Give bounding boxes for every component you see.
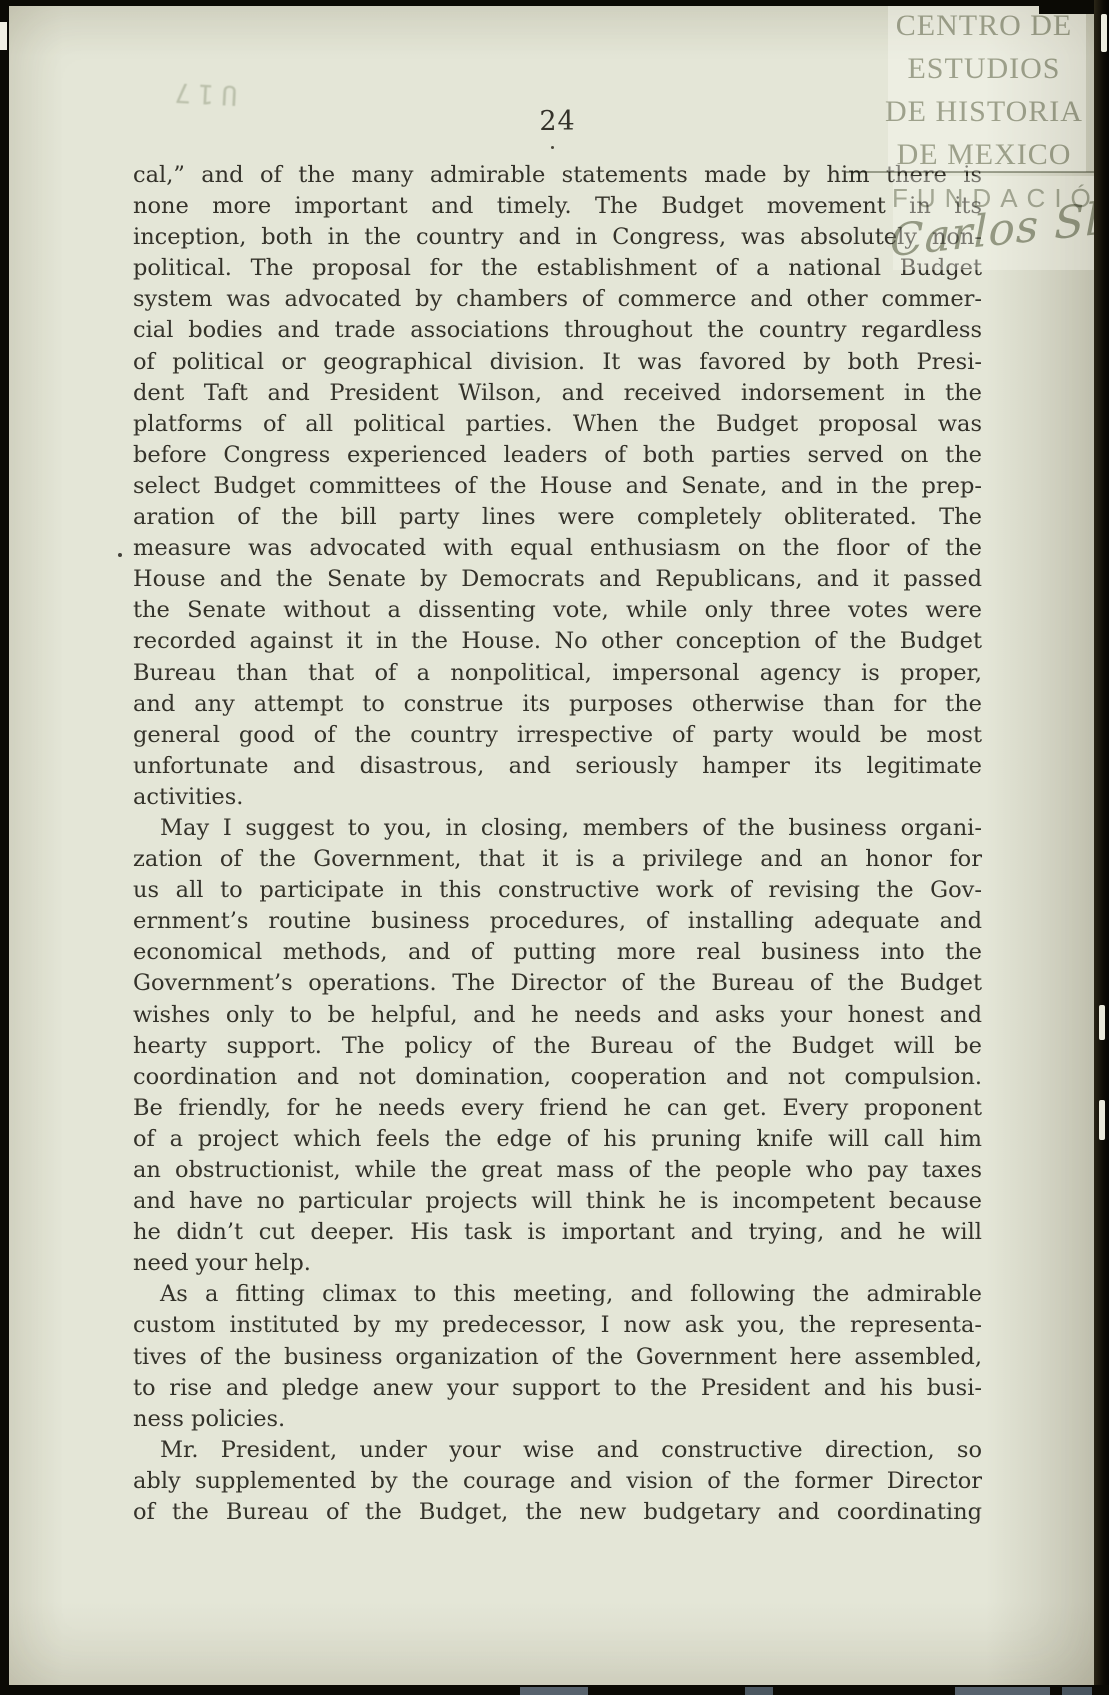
text-line: Government’s operations. The Director of… <box>133 968 982 999</box>
paragraph: May I suggest to you, in closing, member… <box>133 813 982 1279</box>
text-line: of the Bureau of the Budget, the new bud… <box>133 1497 982 1528</box>
text-line: zation of the Government, that it is a p… <box>133 844 982 875</box>
text-line: Bureau than that of a nonpolitical, impe… <box>133 658 982 689</box>
text-line: before Congress experienced leaders of b… <box>133 440 982 471</box>
paragraph: cal,” and of the many admirable statemen… <box>133 160 982 813</box>
text-line: none more important and timely. The Budg… <box>133 191 982 222</box>
text-line: an obstructionist, while the great mass … <box>133 1155 982 1186</box>
page-edge-sliver <box>1101 14 1107 52</box>
margin-ink-dot <box>118 553 122 557</box>
text-line: measure was advocated with equal enthusi… <box>133 533 982 564</box>
text-line: tives of the business organization of th… <box>133 1342 982 1373</box>
text-line: coordination and not domination, coopera… <box>133 1062 982 1093</box>
scan-edge-notch <box>0 22 7 50</box>
page-edge-sliver <box>1099 1100 1105 1140</box>
text-line: May I suggest to you, in closing, member… <box>133 813 982 844</box>
page-number: 24 <box>133 106 982 137</box>
text-line: dent Taft and President Wilson, and rece… <box>133 378 982 409</box>
text-line: House and the Senate by Democrats and Re… <box>133 564 982 595</box>
text-line: ness policies. <box>133 1404 982 1435</box>
ink-speck <box>551 146 554 149</box>
scan-edge-segment <box>745 1687 773 1695</box>
body-text: cal,” and of the many admirable statemen… <box>133 160 982 1528</box>
book-page-edge <box>1094 0 1109 1695</box>
page-edge-sliver <box>1099 1005 1105 1040</box>
text-line: cial bodies and trade associations throu… <box>133 315 982 346</box>
text-line: ably supplemented by the courage and vis… <box>133 1466 982 1497</box>
watermark-divider-rule <box>846 171 1109 173</box>
text-line: aration of the bill party lines were com… <box>133 502 982 533</box>
text-line: need your help. <box>133 1248 982 1279</box>
text-line: the Senate without a dissenting vote, wh… <box>133 595 982 626</box>
text-line: general good of the country irrespective… <box>133 720 982 751</box>
scanned-document-page: U17 24 cal,” and of the many admirable s… <box>0 0 1109 1695</box>
text-line: select Budget committees of the House an… <box>133 471 982 502</box>
watermark-institution: CENTRO DE ESTUDIOS DE HISTORIA DE MEXICO <box>858 4 1109 176</box>
text-line: he didn’t cut deeper. His task is import… <box>133 1217 982 1248</box>
text-line: As a fitting climax to this meeting, and… <box>133 1279 982 1310</box>
scan-border-bottom <box>0 1685 1109 1695</box>
text-line: of political or geographical division. I… <box>133 347 982 378</box>
text-line: cal,” and of the many admirable statemen… <box>133 160 982 191</box>
text-line: Mr. President, under your wise and const… <box>133 1435 982 1466</box>
text-line: and any attempt to construe its purposes… <box>133 689 982 720</box>
scan-edge-segment <box>520 1687 588 1695</box>
text-line: custom instituted by my predecessor, I n… <box>133 1310 982 1341</box>
ghost-pencil-mark: U17 <box>137 59 239 110</box>
scan-edge-segment <box>955 1687 1050 1695</box>
text-line: ernment’s routine business procedures, o… <box>133 906 982 937</box>
scan-border-left <box>0 0 9 1695</box>
text-line: economical methods, and of putting more … <box>133 937 982 968</box>
text-line: unfortunate and disastrous, and seriousl… <box>133 751 982 782</box>
watermark-line: DE MEXICO <box>858 133 1109 176</box>
text-line: of a project which feels the edge of his… <box>133 1124 982 1155</box>
text-line: Be friendly, for he needs every friend h… <box>133 1093 982 1124</box>
text-line: to rise and pledge anew your support to … <box>133 1373 982 1404</box>
text-line: political. The proposal for the establis… <box>133 253 982 284</box>
text-line: activities. <box>133 782 982 813</box>
text-line: wishes only to be helpful, and he needs … <box>133 1000 982 1031</box>
text-line: recorded against it in the House. No oth… <box>133 626 982 657</box>
text-line: hearty support. The policy of the Bureau… <box>133 1031 982 1062</box>
text-line: us all to participate in this constructi… <box>133 875 982 906</box>
text-line: platforms of all political parties. When… <box>133 409 982 440</box>
scan-edge-segment <box>1062 1687 1092 1695</box>
text-line: system was advocated by chambers of comm… <box>133 284 982 315</box>
text-line: and have no particular projects will thi… <box>133 1186 982 1217</box>
text-line: inception, both in the country and in Co… <box>133 222 982 253</box>
paragraph: As a fitting climax to this meeting, and… <box>133 1279 982 1434</box>
scan-border-top <box>0 0 1109 6</box>
watermark-line: DE HISTORIA <box>858 90 1109 133</box>
paragraph: Mr. President, under your wise and const… <box>133 1435 982 1528</box>
watermark-line: ESTUDIOS <box>858 47 1109 90</box>
